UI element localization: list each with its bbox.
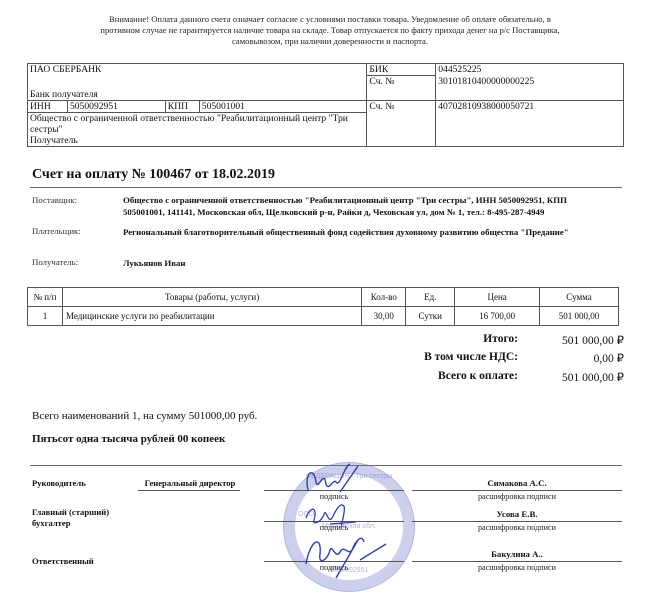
- cell-qty: 30,00: [362, 307, 406, 326]
- responsible-decoding-caption: расшифровка подписи: [412, 563, 622, 572]
- kpp-value: 505001001: [199, 101, 367, 113]
- recipient-label: Получатель: [30, 135, 364, 146]
- col-unit: Ед.: [406, 288, 455, 307]
- payer-label: Плательщик:: [32, 226, 81, 236]
- responsible-name-line: [412, 561, 622, 562]
- inn-label: ИНН: [28, 101, 68, 113]
- director-name-line: [412, 490, 622, 491]
- accountant-role: Главный (старший) бухгалтер: [32, 507, 109, 529]
- cell-goods: Медицинские услуги по реабилитации: [62, 307, 361, 326]
- invoice-title: Счет на оплату № 100467 от 18.02.2019: [32, 167, 275, 183]
- col-price: Цена: [455, 288, 540, 307]
- payer-name: Региональный благотворительный обществен…: [123, 226, 653, 238]
- vat-value: 0,00 ₽: [520, 351, 624, 365]
- account-label: Сч. №: [367, 101, 436, 147]
- director-decoding-caption: расшифровка подписи: [412, 492, 622, 501]
- responsible-role: Ответственный: [32, 556, 94, 567]
- amount-in-words: Пятьсот одна тысяча рублей 00 копеек: [32, 433, 225, 445]
- due-value: 501 000,00 ₽: [520, 370, 624, 384]
- inn-value: 5050092951: [67, 101, 165, 113]
- corr-account-value: 30101810400000000225: [436, 76, 624, 101]
- total-label: Итого:: [360, 333, 518, 345]
- bik-value: 044525225: [436, 64, 624, 76]
- accountant-signature-scribble: [300, 500, 380, 528]
- accountant-name-line: [412, 521, 622, 522]
- vat-label: В том числе НДС:: [360, 351, 518, 363]
- col-qty: Кол-во: [362, 288, 406, 307]
- director-role: Руководитель: [32, 478, 86, 489]
- director-signature-scribble: [300, 462, 380, 496]
- supplier-line-1: Общество с ограниченной ответственностью…: [123, 194, 643, 206]
- corr-account-label: Сч. №: [367, 76, 436, 101]
- bank-name-cell: ПАО СБЕРБАНК Банк получателя: [28, 64, 367, 101]
- cell-number: 1: [28, 307, 63, 326]
- items-table: № п/п Товары (работы, услуги) Кол-во Ед.…: [27, 287, 619, 326]
- director-name: Симакова А.С.: [412, 478, 622, 488]
- kpp-label: КПП: [165, 101, 199, 113]
- col-number: № п/п: [28, 288, 63, 307]
- payment-notice: Внимание! Оплата данного счета означает …: [100, 14, 560, 47]
- table-row: 1 Медицинские услуги по реабилитации 30,…: [28, 307, 619, 326]
- supplier-line-2: 505001001, 141141, Московская обл, Щелко…: [123, 206, 643, 218]
- due-label: Всего к оплате:: [360, 370, 518, 382]
- items-count-summary: Всего наименований 1, на сумму 501000,00…: [32, 410, 257, 422]
- accountant-role-line-2: бухгалтер: [32, 518, 109, 529]
- cell-sum: 501 000,00: [540, 307, 619, 326]
- supplier-details: Общество с ограниченной ответственностью…: [123, 194, 643, 218]
- accountant-role-line-1: Главный (старший): [32, 507, 109, 518]
- responsible-signature-scribble: [300, 530, 400, 580]
- position-line: [138, 490, 240, 491]
- bank-details-table: ПАО СБЕРБАНК Банк получателя БИК 0445252…: [27, 63, 624, 147]
- bank-name: ПАО СБЕРБАНК: [30, 64, 364, 75]
- cell-unit: Сутки: [406, 307, 455, 326]
- supplier-label: Поставщик:: [32, 195, 77, 205]
- recipient-person-label: Получатель:: [32, 257, 78, 267]
- responsible-name: Бакулина А..: [412, 549, 622, 559]
- recipient-cell: Общество с ограниченной ответственностью…: [28, 113, 367, 147]
- director-position: Генеральный директор: [140, 478, 240, 489]
- accountant-decoding-caption: расшифровка подписи: [412, 523, 622, 532]
- total-value: 501 000,00 ₽: [520, 333, 624, 347]
- accountant-name: Усова Е.В.: [412, 509, 622, 519]
- title-divider: [30, 187, 622, 188]
- recipient-name: Общество с ограниченной ответственностью…: [30, 113, 364, 135]
- recipient-person-name: Лукьянов Иван: [123, 257, 185, 269]
- items-header-row: № п/п Товары (работы, услуги) Кол-во Ед.…: [28, 288, 619, 307]
- bank-label: Банк получателя: [30, 89, 98, 100]
- account-value: 40702810938000050721: [436, 101, 624, 147]
- cell-price: 16 700,00: [455, 307, 540, 326]
- col-sum: Сумма: [540, 288, 619, 307]
- col-goods: Товары (работы, услуги): [62, 288, 361, 307]
- bik-label: БИК: [367, 64, 436, 76]
